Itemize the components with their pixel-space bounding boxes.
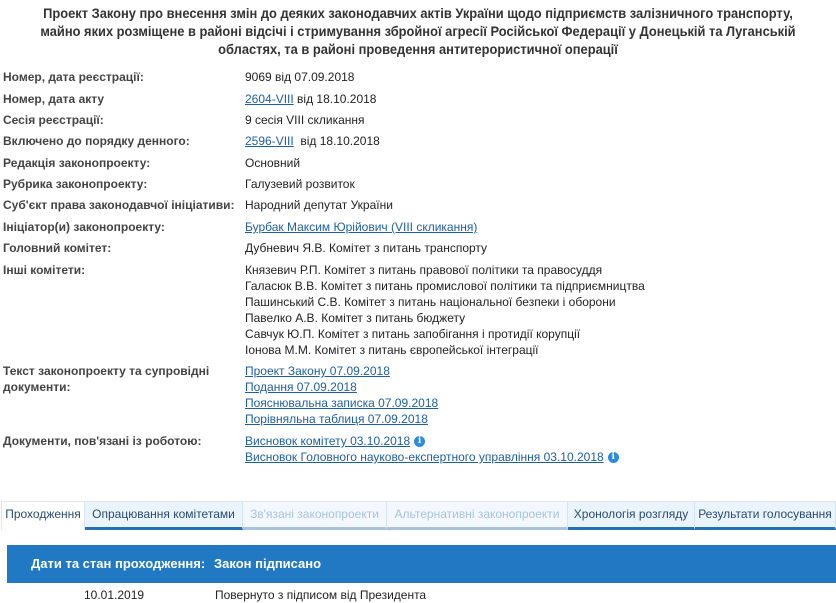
document-link[interactable]: Пояснювальна записка 07.09.2018 <box>245 395 438 411</box>
tab-bar: Проходження Опрацювання комітетами Зв'яз… <box>1 501 836 529</box>
agenda-number-link[interactable]: 2596-VIII <box>245 134 294 148</box>
field-label: Ініціатор(и) законопроекту: <box>3 219 165 235</box>
field-label: Номер, дата акту <box>3 91 104 107</box>
tab-voting-results[interactable]: Результати голосування <box>695 502 836 530</box>
document-link[interactable]: Порівняльна таблиця 07.09.2018 <box>245 411 438 427</box>
documents-list: Проект Закону 07.09.2018 Подання 07.09.2… <box>245 363 438 427</box>
tab-committee-processing[interactable]: Опрацювання комітетами <box>85 502 243 530</box>
field-label: Редакція законопроекту: <box>3 155 150 171</box>
act-date: від 18.10.2018 <box>294 92 377 106</box>
tab-alternative-bills: Альтернативні законопроекти <box>387 502 568 530</box>
field-label: Включено до порядку денного: <box>3 133 190 149</box>
subject-value: Народний депутат України <box>245 197 393 213</box>
related-documents-list: Висновок комітету 03.10.2018i Висновок Г… <box>245 433 619 465</box>
edition-value: Основний <box>245 155 300 171</box>
committee-item: Савчук Ю.П. Комітет з питань запобігання… <box>245 326 645 342</box>
field-label: Головний комітет: <box>3 240 111 256</box>
committee-item: Пашинський С.В. Комітет з питань націона… <box>245 294 645 310</box>
related-document-link[interactable]: Висновок Головного науково-експертного у… <box>245 450 604 464</box>
agenda-date: від 18.10.2018 <box>294 134 380 148</box>
initiator-link[interactable]: Бурбак Максим Юрійович (VIII скликання) <box>245 220 477 234</box>
field-label: Номер, дата реєстрації: <box>3 69 144 85</box>
info-icon[interactable]: i <box>608 452 619 463</box>
status-header-label: Дати та стан проходження: <box>31 545 205 583</box>
status-header-value: Закон підписано <box>214 545 321 583</box>
field-label: Документи, пов'язані із роботою: <box>3 433 202 449</box>
status-date: 10.01.2019 <box>84 588 144 603</box>
act-number-link[interactable]: 2604-VIII <box>245 92 294 106</box>
registration-value: 9069 від 07.09.2018 <box>245 69 354 85</box>
tab-chronology[interactable]: Хронологія розгляду <box>568 502 695 530</box>
status-header: Дати та стан проходження: Закон підписан… <box>7 545 836 583</box>
related-document-link[interactable]: Висновок комітету 03.10.2018 <box>245 434 410 448</box>
document-link[interactable]: Проект Закону 07.09.2018 <box>245 363 438 379</box>
other-committees-list: Князевич Р.П. Комітет з питань правової … <box>245 262 645 358</box>
committee-item: Павелко А.В. Комітет з питань бюджету <box>245 310 645 326</box>
field-label: Сесія реєстрації: <box>3 112 104 128</box>
committee-item: Князевич Р.П. Комітет з питань правової … <box>245 262 645 278</box>
document-link[interactable]: Подання 07.09.2018 <box>245 379 438 395</box>
field-label: Текст законопроекту та супровідні докуме… <box>3 363 209 395</box>
committee-item: Галасюк В.В. Комітет з питань промислово… <box>245 278 645 294</box>
info-icon[interactable]: i <box>414 436 425 447</box>
tab-related-bills: Зв'язані законопроекти <box>243 502 387 530</box>
committee-item: Іонова М.М. Комітет з питань європейсько… <box>245 342 645 358</box>
status-text: Повернуто з підписом від Президента <box>215 588 426 603</box>
field-label: Суб'єкт права законодавчої ініціативи: <box>3 197 235 213</box>
main-committee-value: Дубневич Я.В. Комітет з питань транспорт… <box>245 240 487 256</box>
tab-passage[interactable]: Проходження <box>1 502 85 530</box>
session-value: 9 сесія VIII скликання <box>245 112 365 128</box>
bill-title: Проект Закону про внесення змін до деяки… <box>33 4 802 58</box>
rubric-value: Галузевий розвиток <box>245 176 355 192</box>
field-label: Інші комітети: <box>3 262 85 278</box>
field-label: Рубрика законопроекту: <box>3 176 147 192</box>
